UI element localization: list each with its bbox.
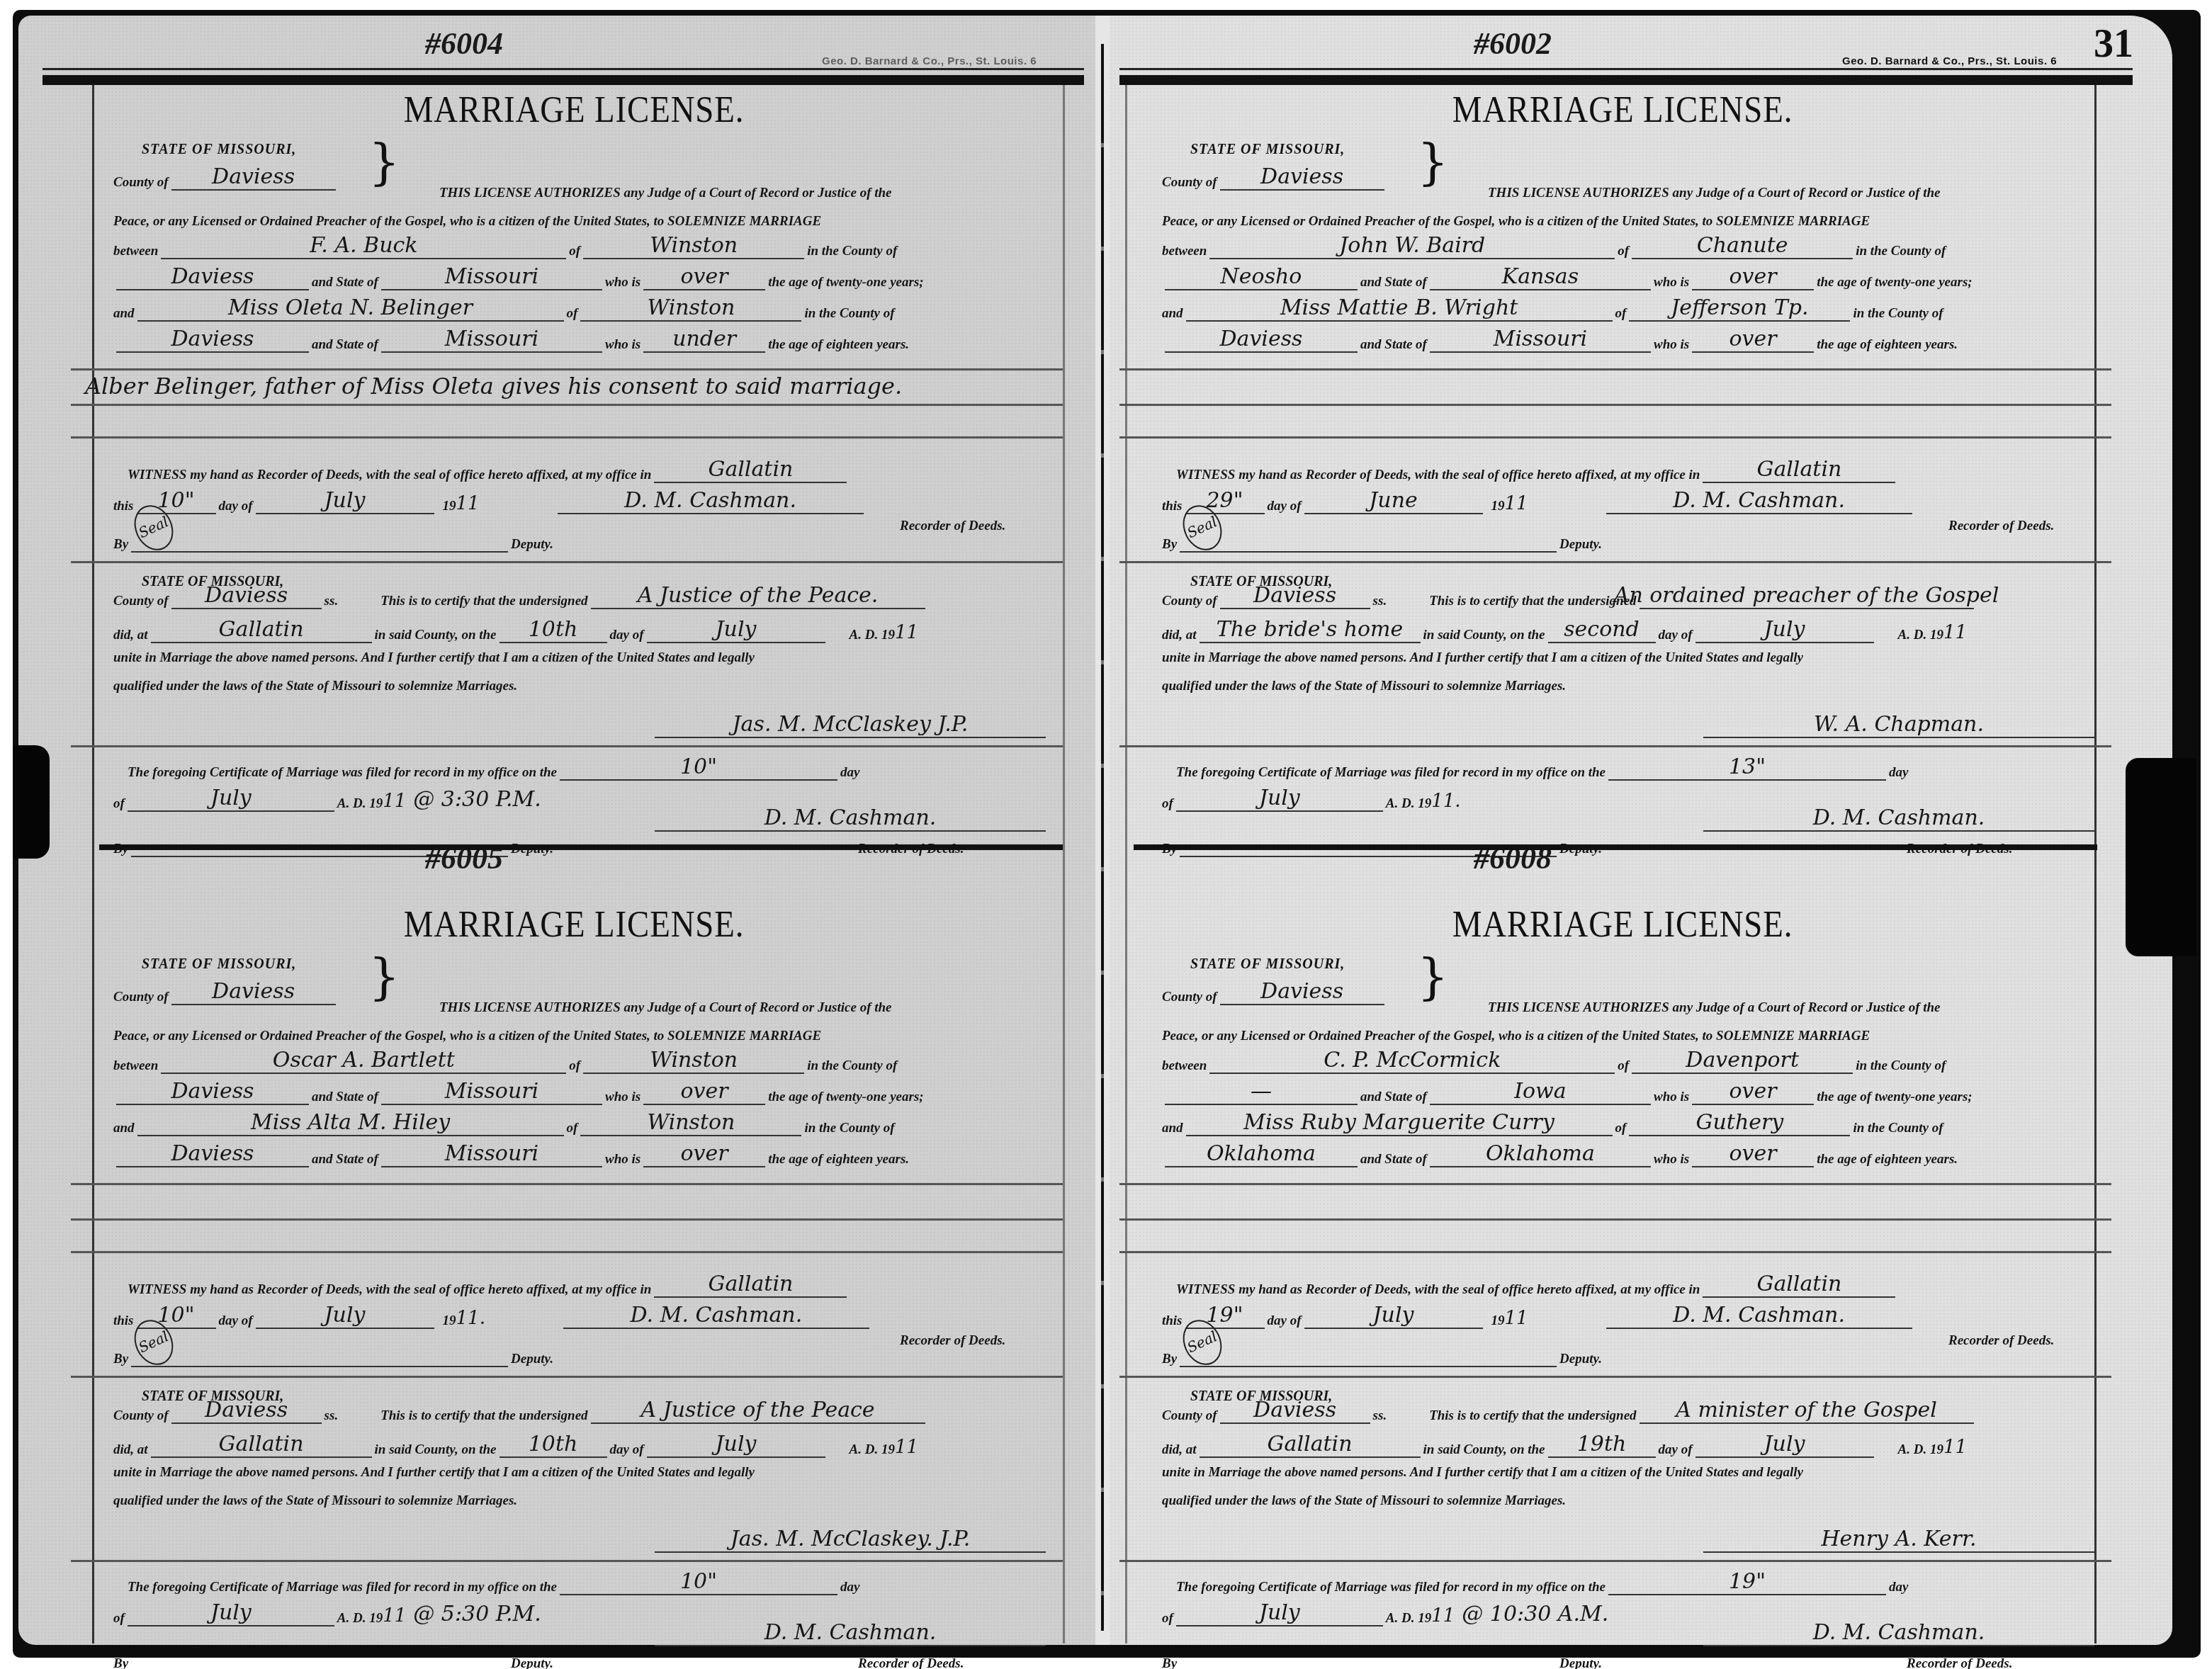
of-label: of (1615, 1121, 1627, 1136)
groom-residence: Davenport (1632, 1046, 1853, 1074)
by-label: By (113, 537, 128, 553)
cert-county-row: County of Daviess ss. This is to certify… (113, 581, 1070, 609)
qualified-text: qualified under the laws of the State of… (113, 1493, 517, 1509)
county-label: County of (113, 990, 169, 1005)
state-label: and State of (1360, 1152, 1427, 1167)
in-said-county-label: in said County, on the (1423, 1442, 1545, 1458)
foregoing-label: The foregoing Certificate of Marriage wa… (1176, 765, 1606, 781)
day-of-label: day of (610, 628, 644, 643)
this-label: this (113, 499, 134, 514)
ad-label: A. D. 19 (337, 1611, 383, 1626)
officiant-signature: Henry A. Kerr. (1703, 1524, 2094, 1553)
ceremony-month: July (1695, 615, 1874, 643)
filed-recorder-signature: D. M. Cashman. (655, 803, 1046, 832)
note-rule (71, 404, 1063, 406)
this-label: this (1162, 499, 1183, 514)
cert-county-row: County of Daviess ss. This is to certify… (1162, 581, 2118, 609)
note-rule (71, 1251, 1063, 1253)
officiant-signature-row: Jas. M. McClaskey. J.P. (652, 1524, 1049, 1553)
license-separator-left (99, 844, 1063, 850)
bride-county: Daviess (116, 1139, 309, 1167)
state-header: STATE OF MISSOURI, (142, 142, 339, 158)
filed-month: July (1176, 783, 1383, 812)
consent-note: Alber Belinger, father of Miss Oleta giv… (85, 373, 902, 400)
groom-residence: Winston (583, 1046, 804, 1074)
between-label: between (113, 244, 158, 259)
this-label: this (1162, 1313, 1183, 1329)
bride-county: Oklahoma (1165, 1139, 1358, 1167)
day-of-label: day of (1268, 1313, 1302, 1329)
state-header: STATE OF MISSOURI, (1190, 142, 1387, 158)
groom-row: between F. A. Buck of Winston in the Cou… (113, 231, 1070, 259)
county-label: County of (113, 594, 169, 609)
county-label: County of (1162, 175, 1217, 191)
brace: } (368, 952, 400, 1002)
ceremony-year: 11 (1943, 1437, 1967, 1458)
foregoing-label: The foregoing Certificate of Marriage wa… (1176, 1580, 1606, 1595)
bride-state: Missouri (381, 324, 602, 353)
age-21-label: the age of twenty-one years; (768, 275, 924, 290)
officiant-signature-row: W. A. Chapman. (1700, 710, 2097, 738)
filed-month: July (128, 783, 334, 812)
qualified-text: qualified under the laws of the State of… (1162, 679, 1566, 694)
officiant-title: A Justice of the Peace. (591, 581, 925, 609)
recorder-label: Recorder of Deeds. (1907, 1656, 2012, 1669)
bride-residence: Guthery (1629, 1108, 1850, 1136)
groom-name: Oscar A. Bartlett (161, 1046, 566, 1074)
filed-month: July (1176, 1598, 1383, 1626)
cert-county: Daviess (1220, 581, 1370, 609)
bride-county: Daviess (116, 324, 309, 353)
day-of-label: day of (1659, 1442, 1693, 1458)
by-label: By (113, 1656, 128, 1669)
recorder-signature: D. M. Cashman. (563, 1301, 869, 1329)
day-of-label: day of (1268, 499, 1302, 514)
deputy-label: Deputy. (1559, 537, 1602, 553)
deputy-label: Deputy. (511, 537, 553, 553)
year-prefix: 19 (443, 1313, 456, 1329)
groom-county: — (1165, 1077, 1358, 1105)
filed-recorder-row: D. M. Cashman. (652, 803, 1049, 832)
county-label: County of (1162, 990, 1217, 1005)
witness-year: 11. (456, 1308, 485, 1329)
witness-month: June (1304, 486, 1483, 514)
state-label: and State of (1360, 337, 1427, 353)
groom-county: Daviess (116, 1077, 309, 1105)
brace: } (368, 137, 400, 187)
of-label: of (113, 796, 125, 812)
cert-county: Daviess (171, 581, 322, 609)
witness-office: Gallatin (654, 1269, 847, 1298)
in-said-county-label: in said County, on the (375, 1442, 497, 1458)
bride-residence: Winston (580, 293, 801, 322)
bride-age-status: over (1692, 324, 1814, 353)
this-label: this (113, 1313, 134, 1329)
filed-row: The foregoing Certificate of Marriage wa… (1176, 1567, 2133, 1595)
age-21-label: the age of twenty-one years; (768, 1090, 924, 1105)
license-title: MARRIAGE LICENSE. (134, 89, 1014, 131)
witness-year: 11 (1505, 493, 1528, 514)
certify-label: This is to certify that the undersigned (1429, 1408, 1636, 1424)
year-prefix: 19 (443, 499, 456, 514)
state-header: STATE OF MISSOURI, (142, 956, 339, 973)
groom-name: John W. Baird (1209, 231, 1615, 259)
bride-age-status: under (643, 324, 765, 353)
of-label: of (1162, 1611, 1173, 1626)
bride-row: and Miss Oleta N. Belinger of Winston in… (113, 293, 1070, 322)
note-rule (71, 1218, 1063, 1221)
groom-state: Iowa (1430, 1077, 1651, 1105)
ad-label: A. D. 19 (1386, 796, 1431, 812)
state-label: and State of (1360, 275, 1427, 290)
day-of-label: day of (219, 1313, 253, 1329)
groom-name: F. A. Buck (161, 231, 566, 259)
authorizes-text-1: THIS LICENSE AUTHORIZES any Judge of a C… (439, 1000, 892, 1016)
and-label: and (1162, 1121, 1183, 1136)
unite-text: unite in Marriage the above named person… (1162, 1465, 1803, 1481)
in-county-label: in the County of (807, 1058, 897, 1074)
section-rule (71, 1560, 1063, 1562)
officiant-signature: W. A. Chapman. (1703, 710, 2094, 738)
groom-county: Daviess (116, 262, 309, 290)
witness-date-row: this 29" day of June 19 11 D. M. Cashman… (1162, 486, 2118, 514)
ceremony-year: 11 (895, 1437, 918, 1458)
filed-day: 19" (1608, 1567, 1886, 1595)
in-county-label: in the County of (804, 306, 894, 322)
officiant-signature: Jas. M. McClaskey J.P. (655, 710, 1046, 738)
did-at-label: did, at (1162, 1442, 1197, 1458)
of-label: of (569, 244, 580, 259)
license-6008: #6008 MARRIAGE LICENSE. STATE OF MISSOUR… (1134, 836, 2111, 1615)
license-number: #6004 (425, 26, 503, 62)
ceremony-place: Gallatin (151, 1430, 372, 1458)
witness-office: Gallatin (1703, 1269, 1895, 1298)
ceremony-day: 10th (500, 1430, 607, 1458)
section-rule (71, 745, 1063, 747)
ad-label: A. D. 19 (850, 1442, 895, 1458)
in-county-label: in the County of (1856, 244, 1946, 259)
state-label: and State of (312, 1090, 378, 1105)
ad-label: A. D. 19 (850, 628, 895, 643)
day-label: day (840, 765, 859, 781)
page-tab-left (13, 745, 50, 859)
cert-county-row: County of Daviess ss. This is to certify… (1162, 1396, 2118, 1424)
ad-label: A. D. 19 (1898, 1442, 1943, 1458)
cert-county: Daviess (171, 1396, 322, 1424)
bride-state: Missouri (381, 1139, 602, 1167)
groom-state: Kansas (1430, 262, 1651, 290)
ss-label: ss. (1373, 594, 1387, 609)
bride-county-row: Daviess and State of Missouri who is ove… (1162, 324, 2118, 353)
note-rule (1119, 1251, 2111, 1253)
foregoing-label: The foregoing Certificate of Marriage wa… (128, 1580, 557, 1595)
ss-label: ss. (1373, 1408, 1387, 1424)
did-at-label: did, at (113, 628, 148, 643)
in-said-county-label: in said County, on the (375, 628, 497, 643)
witness-year: 11 (456, 493, 480, 514)
witness-row: WITNESS my hand as Recorder of Deeds, wi… (1176, 1269, 2133, 1298)
witness-office: Gallatin (654, 455, 847, 483)
state-county-box: STATE OF MISSOURI, County of Daviess } (1162, 142, 1387, 191)
book-gutter (1095, 16, 1110, 1645)
filed-row: The foregoing Certificate of Marriage wa… (1176, 752, 2133, 781)
authorizes-text-2: Peace, or any Licensed or Ordained Preac… (113, 1029, 821, 1044)
who-is-label: who is (1654, 337, 1689, 353)
bride-county: Daviess (1165, 324, 1358, 353)
state-label: and State of (312, 337, 378, 353)
officiant-title: A minister of the Gospel (1640, 1396, 1974, 1424)
filed-time: @ 10:30 A.M. (1462, 1602, 1608, 1626)
year-prefix: 19 (1491, 499, 1505, 514)
authorizes-text-2: Peace, or any Licensed or Ordained Preac… (1162, 1029, 1870, 1044)
of-label: of (1615, 306, 1627, 322)
age-21-label: the age of twenty-one years; (1817, 275, 1973, 290)
note-rule (1119, 1183, 2111, 1185)
authorizes-text-1: THIS LICENSE AUTHORIZES any Judge of a C… (439, 186, 892, 201)
of-label: of (113, 1611, 125, 1626)
bride-name: Miss Ruby Marguerite Curry (1186, 1108, 1613, 1136)
cert-county-row: County of Daviess ss. This is to certify… (113, 1396, 1070, 1424)
note-rule (1119, 436, 2111, 439)
recorder-signature: D. M. Cashman. (1606, 486, 1912, 514)
bride-row: and Miss Ruby Marguerite Curry of Guther… (1162, 1108, 2118, 1136)
filed-time: @ 3:30 P.M. (413, 787, 541, 812)
age-18-label: the age of eighteen years. (768, 337, 909, 353)
by-label: By (113, 1352, 128, 1367)
ad-label: A. D. 19 (1898, 628, 1943, 643)
section-rule (1119, 745, 2111, 747)
who-is-label: who is (1654, 275, 1689, 290)
state-label: and State of (1360, 1090, 1427, 1105)
day-of-label: day of (219, 499, 253, 514)
certify-label: This is to certify that the undersigned (1429, 594, 1636, 609)
groom-county-row: Daviess and State of Missouri who is ove… (113, 262, 1070, 290)
ceremony-month: July (647, 615, 825, 643)
state-county-box: STATE OF MISSOURI, County of Daviess } (113, 142, 339, 191)
by-label: By (1162, 1656, 1177, 1669)
groom-row: between C. P. McCormick of Davenport in … (1162, 1046, 2118, 1074)
ad-label: A. D. 19 (1386, 1611, 1431, 1626)
page-tab-right (2126, 758, 2196, 956)
witness-label: WITNESS my hand as Recorder of Deeds, wi… (1176, 468, 1700, 483)
witness-row: WITNESS my hand as Recorder of Deeds, wi… (1176, 455, 2133, 483)
groom-name: C. P. McCormick (1209, 1046, 1615, 1074)
groom-state: Missouri (381, 262, 602, 290)
of-label: of (567, 306, 578, 322)
of-label: of (567, 1121, 578, 1136)
ceremony-month: July (647, 1430, 825, 1458)
license-separator-right (1134, 844, 2097, 850)
note-rule (71, 368, 1063, 370)
authorizes-text-1: THIS LICENSE AUTHORIZES any Judge of a C… (1488, 1000, 1941, 1016)
license-title: MARRIAGE LICENSE. (1183, 904, 2063, 946)
margin-line-right-inner (1125, 85, 1127, 1643)
filed-day: 10" (560, 752, 837, 781)
who-is-label: who is (605, 1152, 641, 1167)
license-6004: #6004 MARRIAGE LICENSE. STATE OF MISSOUR… (85, 21, 1063, 800)
witness-label: WITNESS my hand as Recorder of Deeds, wi… (1176, 1282, 1700, 1298)
ceremony-day: 19th (1548, 1430, 1656, 1458)
ceremony-day: second (1548, 615, 1656, 643)
filed-row: The foregoing Certificate of Marriage wa… (128, 1567, 1084, 1595)
groom-row: between John W. Baird of Chanute in the … (1162, 231, 2118, 259)
day-of-label: day of (610, 1442, 644, 1458)
license-6002: #6002 MARRIAGE LICENSE. STATE OF MISSOUR… (1134, 21, 2111, 800)
county-label: County of (1162, 1408, 1217, 1424)
witness-month: July (256, 486, 434, 514)
section-rule (71, 1376, 1063, 1378)
section-rule (71, 561, 1063, 563)
state-header: STATE OF MISSOURI, (1190, 956, 1387, 973)
filed-year: 11 (383, 791, 406, 812)
witness-label: WITNESS my hand as Recorder of Deeds, wi… (128, 468, 651, 483)
qualified-text: qualified under the laws of the State of… (1162, 1493, 1566, 1509)
day-label: day (1889, 765, 1908, 781)
state-county-box: STATE OF MISSOURI, County of Daviess } (1162, 956, 1387, 1005)
ceremony-place: Gallatin (1200, 1430, 1421, 1458)
groom-age-status: over (643, 1077, 765, 1105)
filed-deputy-row: By Deputy. Recorder of Deeds. (113, 1643, 1070, 1669)
cert-county: Daviess (1220, 1396, 1370, 1424)
note-rule (71, 436, 1063, 439)
recorder-signature: D. M. Cashman. (558, 486, 864, 514)
state-county-box: STATE OF MISSOURI, County of Daviess } (113, 956, 339, 1005)
who-is-label: who is (605, 1090, 641, 1105)
day-label: day (840, 1580, 859, 1595)
groom-county-row: Daviess and State of Missouri who is ove… (113, 1077, 1070, 1105)
day-label: day (1889, 1580, 1908, 1595)
witness-date-row: this 10" day of July 19 11. D. M. Cashma… (113, 1301, 1070, 1329)
and-label: and (113, 306, 135, 322)
filed-time: @ 5:30 P.M. (413, 1602, 541, 1626)
of-label: of (1618, 1058, 1629, 1074)
age-21-label: the age of twenty-one years; (1817, 1090, 1973, 1105)
filed-row: The foregoing Certificate of Marriage wa… (128, 752, 1084, 781)
groom-state: Missouri (381, 1077, 602, 1105)
deputy-label: Deputy. (1559, 1656, 1602, 1669)
witness-month: July (1304, 1301, 1483, 1329)
between-label: between (1162, 1058, 1207, 1074)
cert-place-row: did, at Gallatin in said County, on the … (113, 615, 1070, 643)
officiant-title: An ordained preacher of the Gospel (1640, 581, 1974, 609)
deputy-label: Deputy. (511, 1352, 553, 1367)
filed-recorder-row: D. M. Cashman. (1700, 803, 2097, 832)
filed-recorder-row: D. M. Cashman. (652, 1618, 1049, 1646)
officiant-signature-row: Henry A. Kerr. (1700, 1524, 2097, 1553)
groom-residence: Winston (583, 231, 804, 259)
cert-place-row: did, at Gallatin in said County, on the … (113, 1430, 1070, 1458)
deputy-row: By Seal Deputy. (1162, 524, 2118, 553)
bride-name: Miss Mattie B. Wright (1186, 293, 1613, 322)
did-at-label: did, at (113, 1442, 148, 1458)
county-value: Daviess (1220, 977, 1384, 1005)
authorizes-text-2: Peace, or any Licensed or Ordained Preac… (113, 214, 821, 230)
recorder-label: Recorder of Deeds. (858, 1656, 964, 1669)
filed-day: 10" (560, 1567, 837, 1595)
section-rule (1119, 1560, 2111, 1562)
groom-county: Neosho (1165, 262, 1358, 290)
bride-name: Miss Oleta N. Belinger (137, 293, 564, 322)
filed-recorder-row: D. M. Cashman. (1700, 1618, 2097, 1646)
who-is-label: who is (605, 337, 641, 353)
witness-date-row: this 19" day of July 19 11 D. M. Cashman… (1162, 1301, 2118, 1329)
groom-county-row: Neosho and State of Kansas who is over t… (1162, 262, 2118, 290)
deputy-row: By Seal Deputy. (113, 1339, 1070, 1367)
authorizes-text-1: THIS LICENSE AUTHORIZES any Judge of a C… (1488, 186, 1941, 201)
bride-residence: Winston (580, 1108, 801, 1136)
did-at-label: did, at (1162, 628, 1197, 643)
deputy-row: By Seal Deputy. (113, 524, 1070, 553)
cert-place-row: did, at The bride's home in said County,… (1162, 615, 2118, 643)
license-title: MARRIAGE LICENSE. (134, 904, 1014, 946)
who-is-label: who is (605, 275, 641, 290)
bride-age-status: over (643, 1139, 765, 1167)
officiant-title: A Justice of the Peace (591, 1396, 925, 1424)
ceremony-year: 11 (1943, 622, 1967, 643)
age-18-label: the age of eighteen years. (768, 1152, 909, 1167)
age-18-label: the age of eighteen years. (1817, 337, 1958, 353)
qualified-text: qualified under the laws of the State of… (113, 679, 517, 694)
deputy-label: Deputy. (511, 1656, 553, 1669)
brace: } (1417, 137, 1449, 187)
ceremony-day: 10th (500, 615, 607, 643)
groom-age-status: over (1692, 1077, 1814, 1105)
filed-recorder-signature: D. M. Cashman. (1703, 1618, 2094, 1646)
groom-residence: Chanute (1632, 231, 1853, 259)
of-label: of (1162, 796, 1173, 812)
witness-office: Gallatin (1703, 455, 1895, 483)
license-number: #6002 (1474, 26, 1552, 62)
unite-text: unite in Marriage the above named person… (113, 1465, 755, 1481)
who-is-label: who is (1654, 1152, 1689, 1167)
of-label: of (1618, 244, 1629, 259)
and-label: and (113, 1121, 135, 1136)
section-rule (1119, 1376, 2111, 1378)
deputy-row: By Seal Deputy. (1162, 1339, 2118, 1367)
officiant-signature: Jas. M. McClaskey. J.P. (655, 1524, 1046, 1553)
ceremony-place: Gallatin (151, 615, 372, 643)
state-label: and State of (312, 275, 378, 290)
county-label: County of (1162, 594, 1217, 609)
groom-row: between Oscar A. Bartlett of Winston in … (113, 1046, 1070, 1074)
note-rule (1119, 404, 2111, 406)
note-rule (1119, 1218, 2111, 1221)
bride-residence: Jefferson Tp. (1629, 293, 1850, 322)
and-label: and (1162, 306, 1183, 322)
deputy-label: Deputy. (1559, 1352, 1602, 1367)
ceremony-year: 11 (895, 622, 918, 643)
groom-age-status: over (1692, 262, 1814, 290)
county-value: Daviess (1220, 162, 1384, 191)
note-rule (71, 1183, 1063, 1185)
certify-label: This is to certify that the undersigned (380, 594, 587, 609)
section-rule (1119, 561, 2111, 563)
by-label: By (1162, 537, 1177, 553)
witness-label: WITNESS my hand as Recorder of Deeds, wi… (128, 1282, 651, 1298)
between-label: between (113, 1058, 158, 1074)
witness-row: WITNESS my hand as Recorder of Deeds, wi… (128, 455, 1084, 483)
witness-row: WITNESS my hand as Recorder of Deeds, wi… (128, 1269, 1084, 1298)
ceremony-month: July (1695, 1430, 1874, 1458)
bride-county-row: Daviess and State of Missouri who is ove… (113, 1139, 1070, 1167)
in-county-label: in the County of (1853, 306, 1943, 322)
ad-label: A. D. 19 (337, 796, 383, 812)
bride-name: Miss Alta M. Hiley (137, 1108, 564, 1136)
county-value: Daviess (171, 162, 336, 191)
filed-day: 13" (1608, 752, 1886, 781)
bride-age-status: over (1692, 1139, 1814, 1167)
in-county-label: in the County of (1856, 1058, 1946, 1074)
